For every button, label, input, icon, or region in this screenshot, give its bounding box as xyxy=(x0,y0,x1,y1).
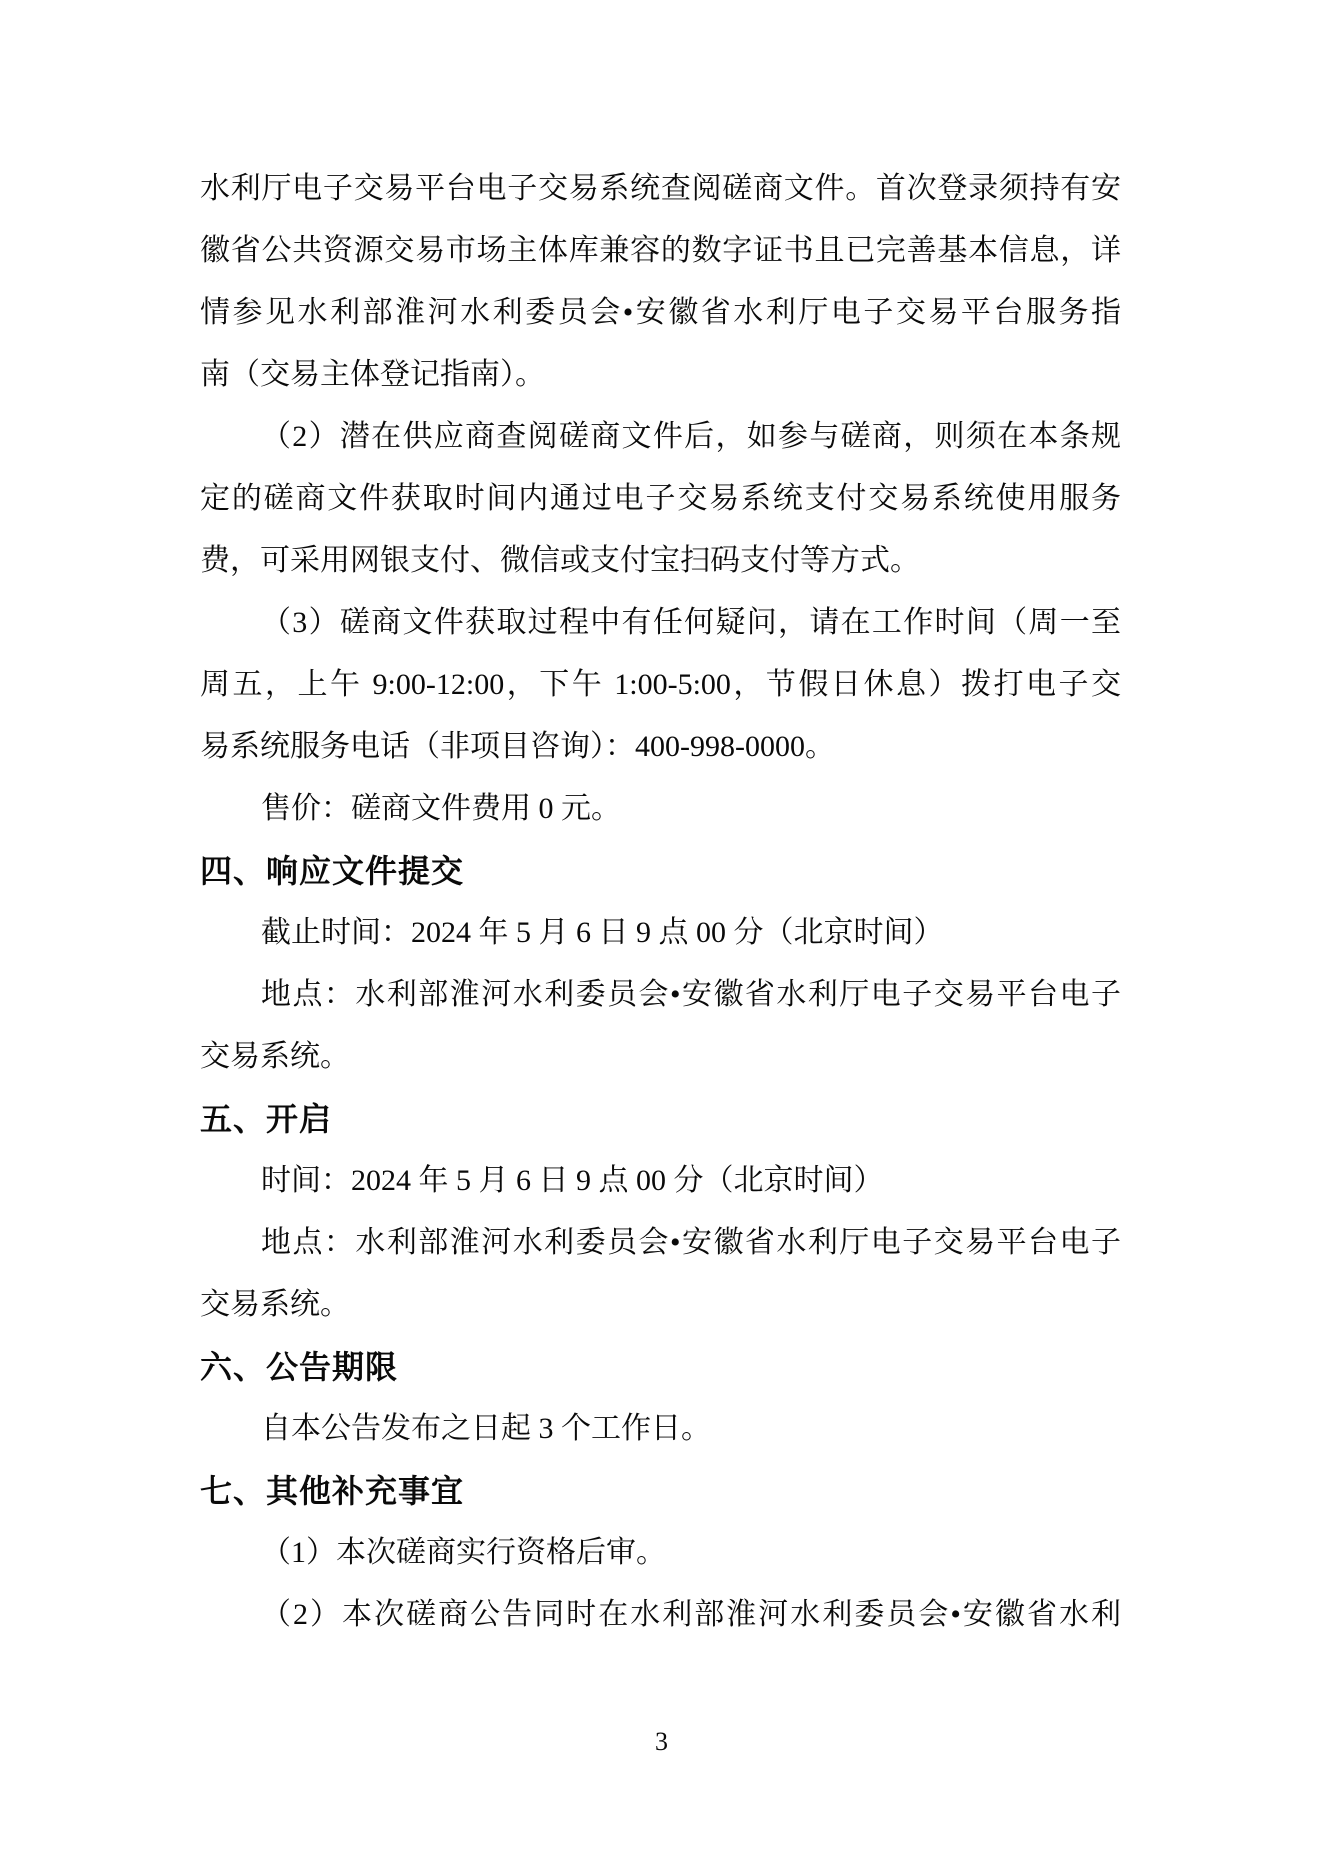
section-heading: 四、响应文件提交 xyxy=(200,840,1121,902)
document-line: （3）磋商文件获取过程中有任何疑问，请在工作时间（周一至 xyxy=(200,592,1121,654)
document-page: 水利厅电子交易平台电子交易系统查阅磋商文件。首次登录须持有安徽省公共资源交易市场… xyxy=(0,0,1323,1871)
document-body: 水利厅电子交易平台电子交易系统查阅磋商文件。首次登录须持有安徽省公共资源交易市场… xyxy=(200,158,1121,1646)
document-line: 周五，上午 9:00-12:00，下午 1:00-5:00，节假日休息）拨打电子… xyxy=(200,654,1121,716)
document-line: 售价：磋商文件费用 0 元。 xyxy=(200,778,1121,840)
document-line: 徽省公共资源交易市场主体库兼容的数字证书且已完善基本信息，详 xyxy=(200,220,1121,282)
document-line: 交易系统。 xyxy=(200,1026,1121,1088)
document-line: 情参见水利部淮河水利委员会•安徽省水利厅电子交易平台服务指 xyxy=(200,282,1121,344)
document-line: 交易系统。 xyxy=(200,1274,1121,1336)
document-line: （1）本次磋商实行资格后审。 xyxy=(200,1522,1121,1584)
section-heading: 六、公告期限 xyxy=(200,1336,1121,1398)
section-heading: 五、开启 xyxy=(200,1088,1121,1150)
document-line: 定的磋商文件获取时间内通过电子交易系统支付交易系统使用服务 xyxy=(200,468,1121,530)
document-line: （2）潜在供应商查阅磋商文件后，如参与磋商，则须在本条规 xyxy=(200,406,1121,468)
document-line: 水利厅电子交易平台电子交易系统查阅磋商文件。首次登录须持有安 xyxy=(200,158,1121,220)
document-line: 易系统服务电话（非项目咨询）：400-998-0000。 xyxy=(200,716,1121,778)
document-line: 地点：水利部淮河水利委员会•安徽省水利厅电子交易平台电子 xyxy=(200,964,1121,1026)
document-line: 地点：水利部淮河水利委员会•安徽省水利厅电子交易平台电子 xyxy=(200,1212,1121,1274)
document-line: 自本公告发布之日起 3 个工作日。 xyxy=(200,1398,1121,1460)
document-line: 南（交易主体登记指南）。 xyxy=(200,344,1121,406)
document-line: 截止时间：2024 年 5 月 6 日 9 点 00 分（北京时间） xyxy=(200,902,1121,964)
section-heading: 七、其他补充事宜 xyxy=(200,1460,1121,1522)
document-line: 费，可采用网银支付、微信或支付宝扫码支付等方式。 xyxy=(200,530,1121,592)
document-line: （2）本次磋商公告同时在水利部淮河水利委员会•安徽省水利 xyxy=(200,1584,1121,1646)
page-number: 3 xyxy=(0,1726,1323,1758)
document-line: 时间：2024 年 5 月 6 日 9 点 00 分（北京时间） xyxy=(200,1150,1121,1212)
